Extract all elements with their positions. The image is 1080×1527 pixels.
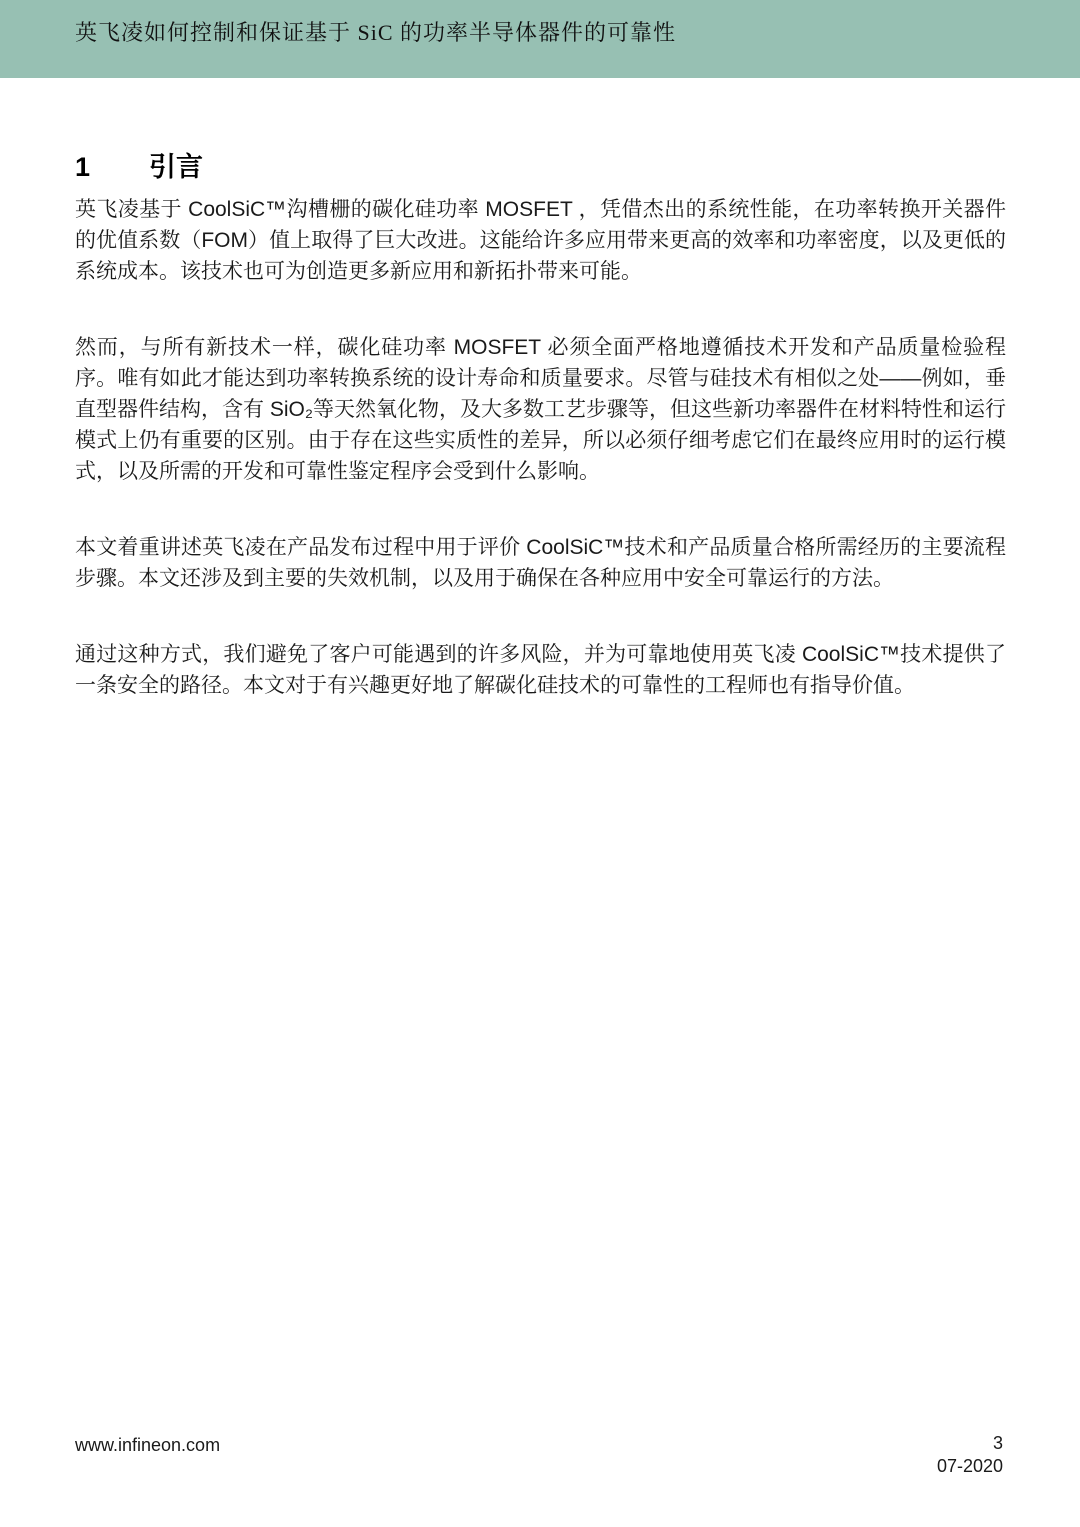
- footer-page-number: 3: [937, 1432, 1003, 1455]
- paragraph-safe-path: 通过这种方式，我们避免了客户可能遇到的许多风险，并为可靠地使用英飞凌 CoolS…: [75, 639, 1006, 701]
- section-title: 引言: [149, 150, 203, 184]
- page-content: 1 引言 英飞凌基于 CoolSiC™沟槽栅的碳化硅功率 MOSFET ，凭借杰…: [75, 150, 1006, 746]
- header-band: 英飞凌如何控制和保证基于 SiC 的功率半导体器件的可靠性: [0, 0, 1080, 78]
- section-number: 1: [75, 150, 149, 184]
- paragraph-new-technology-qualification: 然而，与所有新技术一样，碳化硅功率 MOSFET 必须全面严格地遵循技术开发和产…: [75, 332, 1006, 487]
- footer-website-link[interactable]: www.infineon.com: [75, 1435, 220, 1456]
- footer-right-block: 3 07-2020: [937, 1432, 1003, 1478]
- paragraph-paper-scope: 本文着重讲述英飞凌在产品发布过程中用于评价 CoolSiC™技术和产品质量合格所…: [75, 532, 1006, 594]
- section-heading: 1 引言: [75, 150, 1006, 184]
- document-header-title: 英飞凌如何控制和保证基于 SiC 的功率半导体器件的可靠性: [75, 16, 676, 47]
- footer-date: 07-2020: [937, 1455, 1003, 1478]
- paragraph-intro-coolsic: 英飞凌基于 CoolSiC™沟槽栅的碳化硅功率 MOSFET ，凭借杰出的系统性…: [75, 194, 1006, 287]
